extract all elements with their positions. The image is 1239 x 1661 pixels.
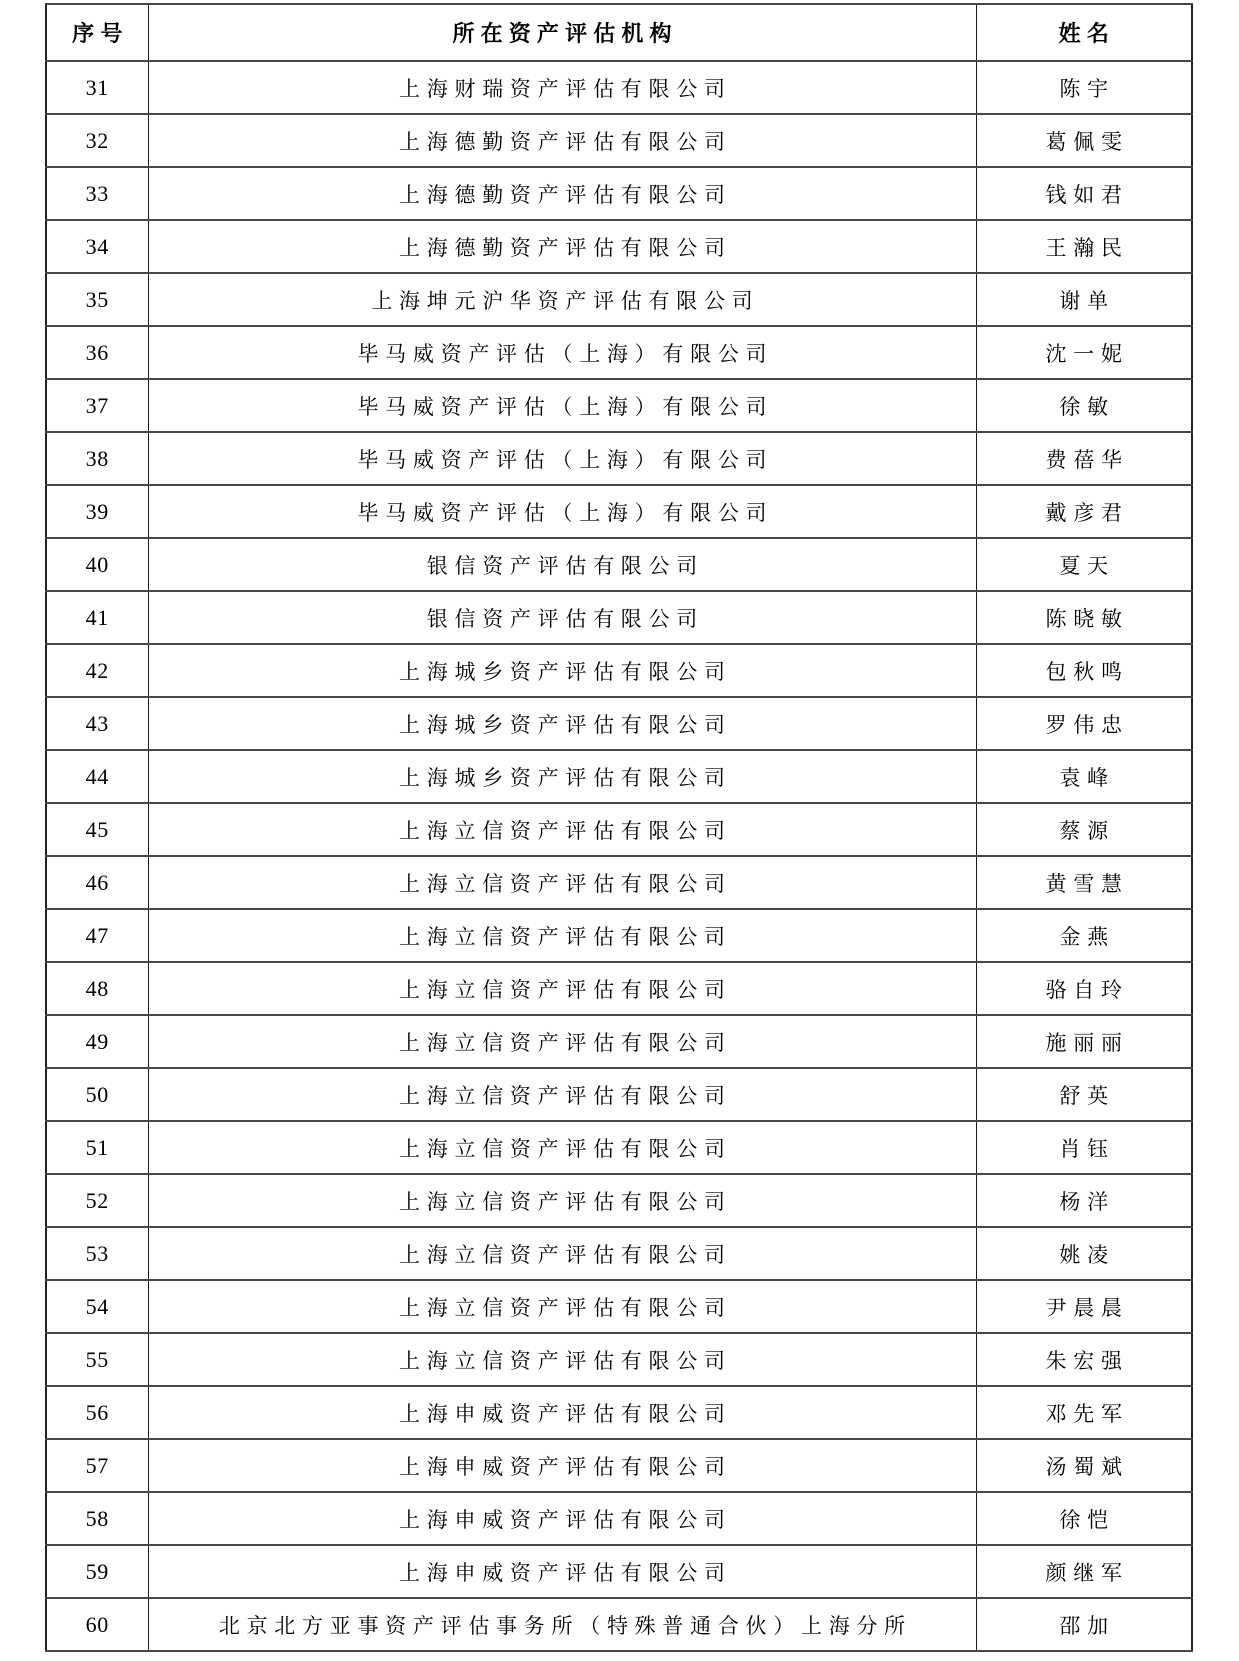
organization-cell: 毕马威资产评估（上海）有限公司	[148, 432, 976, 485]
table-row: 46 上海立信资产评估有限公司 黄雪慧	[46, 856, 1192, 909]
table-row: 39 毕马威资产评估（上海）有限公司 戴彦君	[46, 485, 1192, 538]
row-number-cell: 56	[46, 1386, 148, 1439]
row-number-cell: 46	[46, 856, 148, 909]
organization-cell: 上海城乡资产评估有限公司	[148, 750, 976, 803]
organization-cell: 上海立信资产评估有限公司	[148, 803, 976, 856]
row-number-cell: 34	[46, 220, 148, 273]
person-name-cell: 朱宏强	[976, 1333, 1192, 1386]
person-name-cell: 杨洋	[976, 1174, 1192, 1227]
row-number-cell: 52	[46, 1174, 148, 1227]
organization-cell: 上海申威资产评估有限公司	[148, 1492, 976, 1545]
organization-cell: 上海德勤资产评估有限公司	[148, 114, 976, 167]
person-name-cell: 舒英	[976, 1068, 1192, 1121]
table-row: 59 上海申威资产评估有限公司 颜继军	[46, 1545, 1192, 1598]
appraiser-roster-table: 序号 所在资产评估机构 姓名 31 上海财瑞资产评估有限公司 陈宇 32 上海德…	[45, 3, 1193, 1652]
person-name-cell: 沈一妮	[976, 326, 1192, 379]
table-row: 60 北京北方亚事资产评估事务所（特殊普通合伙）上海分所 邵加	[46, 1598, 1192, 1651]
table-body: 31 上海财瑞资产评估有限公司 陈宇 32 上海德勤资产评估有限公司 葛佩雯 3…	[46, 61, 1192, 1651]
person-name-cell: 姚凌	[976, 1227, 1192, 1280]
table-row: 51 上海立信资产评估有限公司 肖钰	[46, 1121, 1192, 1174]
table-row: 45 上海立信资产评估有限公司 蔡源	[46, 803, 1192, 856]
organization-cell: 上海立信资产评估有限公司	[148, 1227, 976, 1280]
organization-cell: 上海申威资产评估有限公司	[148, 1386, 976, 1439]
row-number-cell: 57	[46, 1439, 148, 1492]
person-name-cell: 颜继军	[976, 1545, 1192, 1598]
row-number-cell: 36	[46, 326, 148, 379]
table-row: 48 上海立信资产评估有限公司 骆自玲	[46, 962, 1192, 1015]
header-cell-number: 序号	[46, 4, 148, 61]
person-name-cell: 骆自玲	[976, 962, 1192, 1015]
person-name-cell: 葛佩雯	[976, 114, 1192, 167]
header-cell-organization: 所在资产评估机构	[148, 4, 976, 61]
row-number-cell: 35	[46, 273, 148, 326]
table-row: 40 银信资产评估有限公司 夏天	[46, 538, 1192, 591]
row-number-cell: 41	[46, 591, 148, 644]
row-number-cell: 31	[46, 61, 148, 114]
organization-cell: 银信资产评估有限公司	[148, 591, 976, 644]
table-row: 42 上海城乡资产评估有限公司 包秋鸣	[46, 644, 1192, 697]
person-name-cell: 邵加	[976, 1598, 1192, 1651]
person-name-cell: 夏天	[976, 538, 1192, 591]
person-name-cell: 袁峰	[976, 750, 1192, 803]
row-number-cell: 50	[46, 1068, 148, 1121]
row-number-cell: 51	[46, 1121, 148, 1174]
row-number-cell: 45	[46, 803, 148, 856]
person-name-cell: 金燕	[976, 909, 1192, 962]
organization-cell: 毕马威资产评估（上海）有限公司	[148, 379, 976, 432]
table-row: 53 上海立信资产评估有限公司 姚凌	[46, 1227, 1192, 1280]
organization-cell: 上海立信资产评估有限公司	[148, 1121, 976, 1174]
organization-cell: 上海立信资产评估有限公司	[148, 1280, 976, 1333]
organization-cell: 上海立信资产评估有限公司	[148, 962, 976, 1015]
table-row: 37 毕马威资产评估（上海）有限公司 徐敏	[46, 379, 1192, 432]
header-cell-name: 姓名	[976, 4, 1192, 61]
person-name-cell: 施丽丽	[976, 1015, 1192, 1068]
organization-cell: 上海德勤资产评估有限公司	[148, 167, 976, 220]
table-row: 57 上海申威资产评估有限公司 汤蜀斌	[46, 1439, 1192, 1492]
organization-cell: 上海城乡资产评估有限公司	[148, 697, 976, 750]
row-number-cell: 54	[46, 1280, 148, 1333]
row-number-cell: 37	[46, 379, 148, 432]
person-name-cell: 蔡源	[976, 803, 1192, 856]
table-row: 47 上海立信资产评估有限公司 金燕	[46, 909, 1192, 962]
organization-cell: 上海坤元沪华资产评估有限公司	[148, 273, 976, 326]
person-name-cell: 王瀚民	[976, 220, 1192, 273]
organization-cell: 上海立信资产评估有限公司	[148, 1333, 976, 1386]
table-row: 54 上海立信资产评估有限公司 尹晨晨	[46, 1280, 1192, 1333]
person-name-cell: 汤蜀斌	[976, 1439, 1192, 1492]
person-name-cell: 徐敏	[976, 379, 1192, 432]
table-row: 34 上海德勤资产评估有限公司 王瀚民	[46, 220, 1192, 273]
table-row: 38 毕马威资产评估（上海）有限公司 费蓓华	[46, 432, 1192, 485]
row-number-cell: 55	[46, 1333, 148, 1386]
person-name-cell: 陈晓敏	[976, 591, 1192, 644]
row-number-cell: 44	[46, 750, 148, 803]
table-row: 31 上海财瑞资产评估有限公司 陈宇	[46, 61, 1192, 114]
person-name-cell: 罗伟忠	[976, 697, 1192, 750]
table-row: 41 银信资产评估有限公司 陈晓敏	[46, 591, 1192, 644]
table-row: 43 上海城乡资产评估有限公司 罗伟忠	[46, 697, 1192, 750]
table-row: 35 上海坤元沪华资产评估有限公司 谢单	[46, 273, 1192, 326]
row-number-cell: 38	[46, 432, 148, 485]
person-name-cell: 谢单	[976, 273, 1192, 326]
table-row: 36 毕马威资产评估（上海）有限公司 沈一妮	[46, 326, 1192, 379]
person-name-cell: 戴彦君	[976, 485, 1192, 538]
person-name-cell: 肖钰	[976, 1121, 1192, 1174]
organization-cell: 毕马威资产评估（上海）有限公司	[148, 326, 976, 379]
organization-cell: 上海立信资产评估有限公司	[148, 1015, 976, 1068]
organization-cell: 上海立信资产评估有限公司	[148, 856, 976, 909]
person-name-cell: 陈宇	[976, 61, 1192, 114]
table-row: 32 上海德勤资产评估有限公司 葛佩雯	[46, 114, 1192, 167]
row-number-cell: 42	[46, 644, 148, 697]
row-number-cell: 49	[46, 1015, 148, 1068]
organization-cell: 上海立信资产评估有限公司	[148, 909, 976, 962]
organization-cell: 毕马威资产评估（上海）有限公司	[148, 485, 976, 538]
row-number-cell: 59	[46, 1545, 148, 1598]
table-row: 44 上海城乡资产评估有限公司 袁峰	[46, 750, 1192, 803]
person-name-cell: 黄雪慧	[976, 856, 1192, 909]
table-row: 50 上海立信资产评估有限公司 舒英	[46, 1068, 1192, 1121]
row-number-cell: 33	[46, 167, 148, 220]
person-name-cell: 邓先军	[976, 1386, 1192, 1439]
person-name-cell: 尹晨晨	[976, 1280, 1192, 1333]
table-row: 52 上海立信资产评估有限公司 杨洋	[46, 1174, 1192, 1227]
table-header: 序号 所在资产评估机构 姓名	[46, 4, 1192, 61]
row-number-cell: 39	[46, 485, 148, 538]
organization-cell: 上海财瑞资产评估有限公司	[148, 61, 976, 114]
organization-cell: 上海城乡资产评估有限公司	[148, 644, 976, 697]
row-number-cell: 58	[46, 1492, 148, 1545]
row-number-cell: 32	[46, 114, 148, 167]
organization-cell: 上海申威资产评估有限公司	[148, 1439, 976, 1492]
table-row: 33 上海德勤资产评估有限公司 钱如君	[46, 167, 1192, 220]
organization-cell: 上海立信资产评估有限公司	[148, 1068, 976, 1121]
table-row: 56 上海申威资产评估有限公司 邓先军	[46, 1386, 1192, 1439]
header-row: 序号 所在资产评估机构 姓名	[46, 4, 1192, 61]
table-row: 55 上海立信资产评估有限公司 朱宏强	[46, 1333, 1192, 1386]
organization-cell: 上海德勤资产评估有限公司	[148, 220, 976, 273]
document-page: 序号 所在资产评估机构 姓名 31 上海财瑞资产评估有限公司 陈宇 32 上海德…	[45, 3, 1193, 1652]
person-name-cell: 费蓓华	[976, 432, 1192, 485]
organization-cell: 北京北方亚事资产评估事务所（特殊普通合伙）上海分所	[148, 1598, 976, 1651]
row-number-cell: 43	[46, 697, 148, 750]
person-name-cell: 钱如君	[976, 167, 1192, 220]
table-row: 49 上海立信资产评估有限公司 施丽丽	[46, 1015, 1192, 1068]
organization-cell: 上海立信资产评估有限公司	[148, 1174, 976, 1227]
row-number-cell: 60	[46, 1598, 148, 1651]
organization-cell: 银信资产评估有限公司	[148, 538, 976, 591]
row-number-cell: 47	[46, 909, 148, 962]
row-number-cell: 48	[46, 962, 148, 1015]
table-row: 58 上海申威资产评估有限公司 徐恺	[46, 1492, 1192, 1545]
row-number-cell: 53	[46, 1227, 148, 1280]
organization-cell: 上海申威资产评估有限公司	[148, 1545, 976, 1598]
person-name-cell: 徐恺	[976, 1492, 1192, 1545]
row-number-cell: 40	[46, 538, 148, 591]
person-name-cell: 包秋鸣	[976, 644, 1192, 697]
